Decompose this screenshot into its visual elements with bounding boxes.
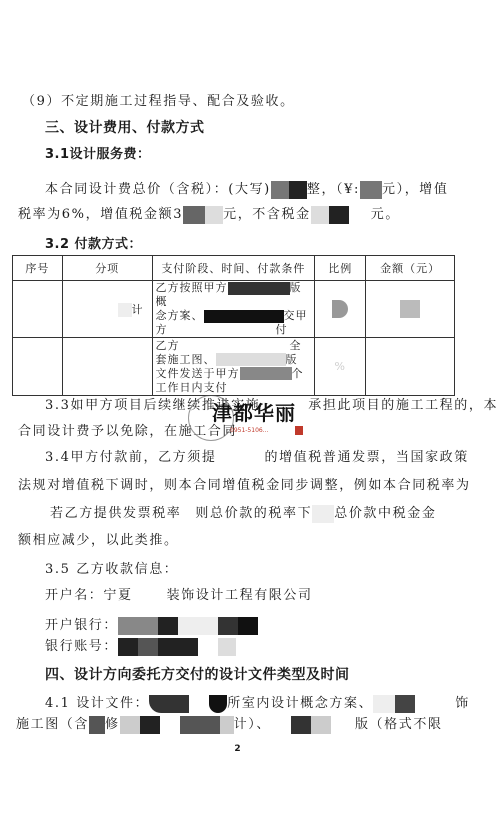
- fee-text-e: 元，不含税金: [223, 207, 311, 222]
- header-serial: 序号: [13, 256, 63, 281]
- bank-line: 开户银行：: [45, 614, 258, 635]
- redaction-block: [183, 206, 205, 224]
- account-name-value: 装饰设计工程有限公司: [167, 588, 313, 603]
- clause-4-1-line-1: 4.1 设计文件：所室内设计概念方案、饰: [45, 692, 470, 713]
- cell-serial: [13, 338, 63, 396]
- watermark-seal-icon: [295, 426, 303, 435]
- table-row: 计 乙方按照甲方版概 念方案、交甲 方付: [13, 281, 455, 338]
- redaction-block: [329, 206, 349, 224]
- design-fee-line-2: 税率为6%，增值税金额3元，不含税金元。: [18, 203, 400, 224]
- header-item: 分项: [62, 256, 152, 281]
- clause-3-4-line-1: 3.4甲方付款前，乙方须提的增值税普通发票，当国家政策: [45, 446, 469, 467]
- cell-condition: 乙方按照甲方版概 念方案、交甲 方付: [152, 281, 315, 338]
- table-row: 乙方全 套施工图、版 文件发送于甲方个 工作日内支付 %: [13, 338, 455, 396]
- clause-3-4-text-b: 的增值税普通发票，当国家政策: [264, 450, 468, 465]
- account-name-label: 开户名：宁夏: [45, 588, 133, 603]
- page-number: 2: [0, 744, 475, 754]
- section-4-title: 四、设计方向委托方交付的设计文件类型及时间: [45, 664, 350, 684]
- clause-4-1-text-d: 施工图（含: [16, 717, 89, 732]
- account-number-label: 银行账号：: [45, 639, 118, 654]
- clause-4-1-text-f: 计）、: [234, 717, 271, 732]
- clause-3-4-line-3: 若乙方提供发票税率则总价款的税率下总价款中税金金: [50, 502, 436, 523]
- clause-3-4-text-d: 则总价款的税率下: [195, 506, 312, 521]
- item-9-text: （9）不定期施工过程指导、配合及验收。: [22, 90, 295, 109]
- watermark-phone: 0951-5106...: [230, 427, 268, 434]
- cell-item: 计: [62, 281, 152, 338]
- clause-4-1-text-e: 修: [105, 717, 120, 732]
- cell-amount: [366, 338, 455, 396]
- fee-text-a: 本合同设计费总价（含税）：(大写): [45, 182, 271, 197]
- redaction-block: [271, 181, 289, 199]
- redaction-block: [349, 206, 371, 224]
- clause-3-3-text-b: 承担此项目的施工工程的，本: [308, 398, 498, 413]
- cell-ratio: %: [315, 338, 366, 396]
- clause-3-4-text-e: 总价款中税金金: [334, 506, 436, 521]
- cell-condition: 乙方全 套施工图、版 文件发送于甲方个 工作日内支付: [152, 338, 315, 396]
- watermark-logo: 津都华丽 0951-5106...: [190, 397, 330, 443]
- clause-4-1-text-a: 4.1 设计文件：: [45, 696, 149, 711]
- redaction-block: [289, 181, 307, 199]
- account-name-line: 开户名：宁夏装饰设计工程有限公司: [45, 584, 313, 605]
- section-3-title: 三、设计费用、付款方式: [45, 117, 205, 137]
- cell-amount: [366, 281, 455, 338]
- fee-text-d: 税率为6%，增值税金额3: [18, 207, 183, 222]
- header-condition: 支付阶段、时间、付款条件: [152, 256, 315, 281]
- cell-serial: [13, 281, 63, 338]
- redaction-block: [311, 206, 329, 224]
- fee-text-f: 元。: [371, 207, 400, 222]
- redaction-block: [360, 181, 382, 199]
- design-fee-line-1: 本合同设计费总价（含税）：(大写)整，（¥:元），增值: [45, 178, 449, 199]
- account-number-line: 银行账号：: [45, 635, 236, 656]
- payment-table: 序号 分项 支付阶段、时间、付款条件 比例 金额（元） 计 乙方按照甲方版概 念…: [12, 255, 455, 396]
- clause-3-4-text-c: 若乙方提供发票税率: [50, 506, 181, 521]
- clause-3-4-line-2: 法规对增值税下调时，则本合同增值税金同步调整，例如本合同税率为: [18, 474, 471, 493]
- redaction-block: [205, 206, 223, 224]
- clause-3-4-text-a: 3.4甲方付款前，乙方须提: [45, 450, 216, 465]
- table-header-row: 序号 分项 支付阶段、时间、付款条件 比例 金额（元）: [13, 256, 455, 281]
- header-amount: 金额（元）: [366, 256, 455, 281]
- clause-3-4-line-4: 额相应减少，以此类推。: [18, 529, 179, 548]
- clause-4-1-text-b: 所室内设计概念方案、: [227, 696, 373, 711]
- section-3-2-title: 3.2 付款方式：: [45, 233, 142, 252]
- clause-4-1-text-g: 版（格式不限: [355, 717, 443, 732]
- fee-text-b: 整，（¥:: [307, 182, 360, 197]
- clause-4-1-line-2: 施工图（含修计）、版（格式不限: [16, 713, 443, 734]
- section-3-1-title: 3.1设计服务费：: [45, 143, 151, 162]
- clause-4-1-text-c: 饰: [455, 696, 470, 711]
- section-3-5-title: 3.5 乙方收款信息：: [45, 558, 178, 577]
- bank-label: 开户银行：: [45, 618, 118, 633]
- watermark-brand: 津都华丽: [212, 397, 296, 426]
- cell-ratio: [315, 281, 366, 338]
- cell-item: [62, 338, 152, 396]
- fee-text-c: 元），增值: [382, 182, 449, 197]
- header-ratio: 比例: [315, 256, 366, 281]
